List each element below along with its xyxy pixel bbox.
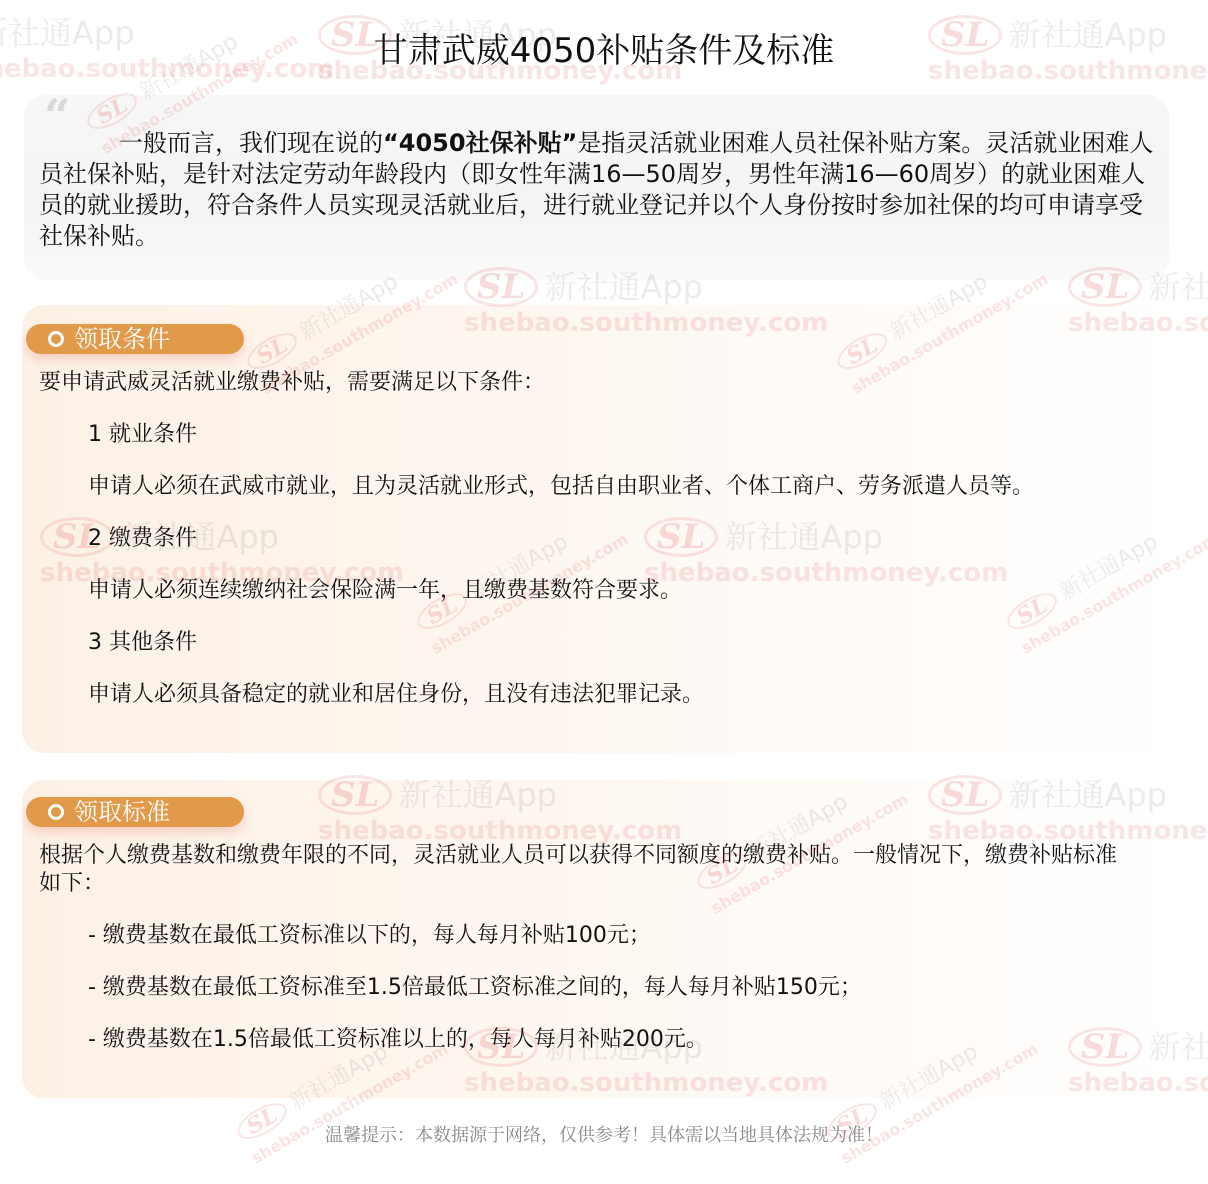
intro-text-before: 一般而言，我们现在说的 bbox=[119, 129, 383, 157]
section-lead: 根据个人缴费基数和缴费年限的不同，灵活就业人员可以获得不同额度的缴费补贴。一般情… bbox=[39, 842, 1129, 898]
badge-label: 领取条件 bbox=[74, 324, 170, 354]
intro-highlight: “4050社保补贴” bbox=[383, 129, 577, 157]
section-badge-standards: 领取标准 bbox=[26, 797, 244, 827]
standard-item: - 缴费基数在最低工资标准至1.5倍最低工资标准之间的，每人每月补贴150元； bbox=[88, 974, 862, 1002]
page-title: 甘肃武威4050补贴条件及标准 bbox=[0, 28, 1208, 74]
section-lead: 要申请武威灵活就业缴费补贴，需要满足以下条件： bbox=[39, 369, 545, 397]
condition-heading: 1 就业条件 bbox=[88, 421, 197, 449]
section-standards: 领取标准 根据个人缴费基数和缴费年限的不同，灵活就业人员可以获得不同额度的缴费补… bbox=[22, 780, 1185, 1098]
section-conditions: 领取条件 要申请武威灵活就业缴费补贴，需要满足以下条件： 1 就业条件 申请人必… bbox=[22, 305, 1185, 753]
condition-heading: 2 缴费条件 bbox=[88, 525, 197, 553]
circle-icon bbox=[48, 804, 64, 820]
badge-label: 领取标准 bbox=[74, 797, 170, 827]
circle-icon bbox=[48, 331, 64, 347]
footer-disclaimer: 温馨提示：本数据源于网络，仅供参考！具体需以当地具体法规为准！ bbox=[0, 1124, 1208, 1148]
section-badge-conditions: 领取条件 bbox=[26, 324, 244, 354]
intro-paragraph: 一般而言，我们现在说的“4050社保补贴”是指灵活就业困难人员社保补贴方案。灵活… bbox=[39, 128, 1154, 252]
standard-item: - 缴费基数在1.5倍最低工资标准以上的，每人每月补贴200元。 bbox=[88, 1026, 708, 1054]
standard-item: - 缴费基数在最低工资标准以下的，每人每月补贴100元； bbox=[88, 922, 651, 950]
condition-heading: 3 其他条件 bbox=[88, 629, 197, 657]
intro-card: “ 一般而言，我们现在说的“4050社保补贴”是指灵活就业困难人员社保补贴方案。… bbox=[24, 95, 1169, 280]
condition-body: 申请人必须连续缴纳社会保险满一年，且缴费基数符合要求。 bbox=[88, 577, 682, 605]
condition-body: 申请人必须在武威市就业，且为灵活就业形式，包括自由职业者、个体工商户、劳务派遣人… bbox=[88, 473, 1034, 501]
condition-body: 申请人必须具备稳定的就业和居住身份，且没有违法犯罪记录。 bbox=[88, 681, 704, 709]
